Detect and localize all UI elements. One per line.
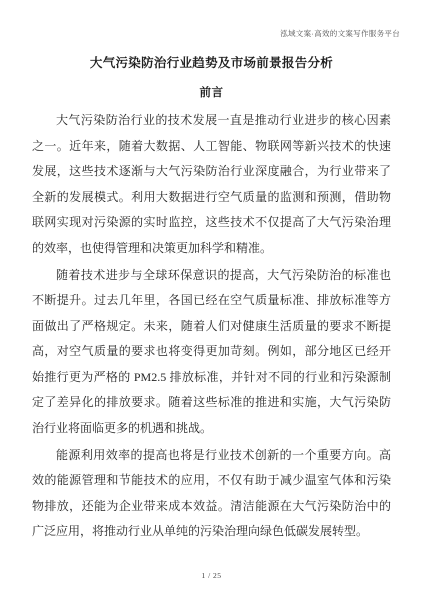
document-page: 泓域文案·高效的文案写作服务平台 大气污染防治行业趋势及市场前景报告分析 前言 … (0, 0, 423, 600)
page-number: 1 / 25 (201, 571, 221, 580)
section-heading-preface: 前言 (0, 85, 423, 101)
document-body: 大气污染防治行业的技术发展一直是推动行业进步的核心因素之一。近年来，随着大数据、… (32, 108, 391, 545)
page-footer: 1 / 25 (0, 565, 423, 583)
paragraph: 能源利用效率的提高也将是行业技术创新的一个重要方向。高效的能源管理和节能技术的应… (32, 443, 391, 545)
paragraph: 大气污染防治行业的技术发展一直是推动行业进步的核心因素之一。近年来，随着大数据、… (32, 108, 391, 261)
watermark-text: 泓域文案·高效的文案写作服务平台 (280, 29, 400, 38)
page-header: 泓域文案·高效的文案写作服务平台 (0, 23, 400, 41)
paragraph: 随着技术进步与全球环保意识的提高，大气污染防治的标准也不断提升。过去几年里，各国… (32, 263, 391, 442)
